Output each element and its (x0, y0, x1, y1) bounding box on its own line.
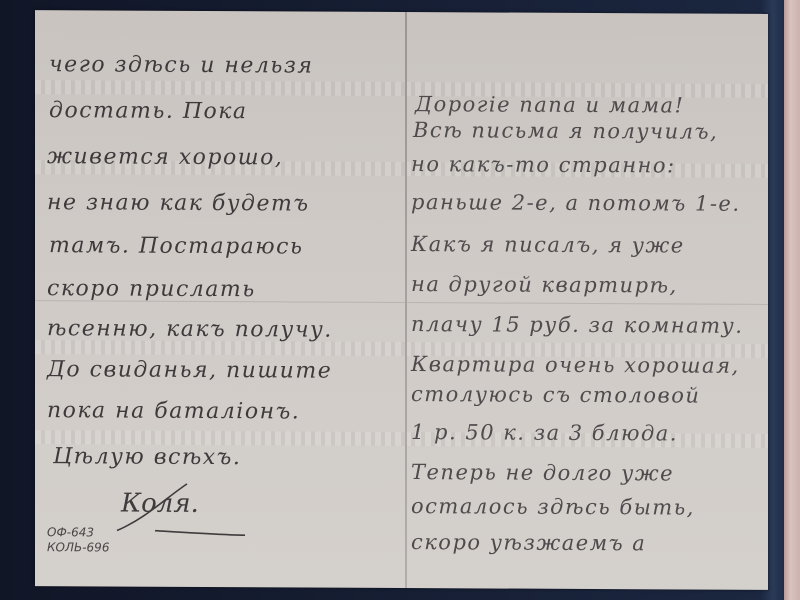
letter-sheet: чего здѣсь и нельзя достать. Пока живетс… (35, 10, 768, 590)
text-line: Цѣлую всѣхъ. (53, 444, 241, 470)
text-line: Какъ я писалъ, я уже (411, 232, 685, 257)
archive-mark: ОФ-643 (47, 525, 94, 539)
text-line: живется хорошо, (47, 144, 283, 170)
left-page: чего здѣсь и нельзя достать. Пока живетс… (35, 10, 405, 588)
text-line: До свиданья, пишите (47, 357, 332, 383)
signature: Коля. (121, 489, 199, 519)
text-line: плачу 15 руб. за комнату. (411, 312, 743, 338)
text-line: пока на баталіонъ. (47, 398, 300, 424)
text-line: скоро прислать (47, 276, 256, 302)
text-line: раньше 2-е, а потомъ 1-е. (411, 190, 741, 216)
text-line: Дорогіе папа и мама! (415, 92, 685, 117)
text-line: 1 р. 50 к. за 3 блюда. (411, 420, 678, 445)
archive-mark: КОЛЬ-696 (47, 540, 109, 554)
text-line: ѣсенню, какъ получу. (47, 316, 333, 342)
wooden-surface-strip (784, 0, 800, 600)
text-line: столуюсь съ столовой (411, 382, 700, 408)
text-line: осталось здѣсь быть, (411, 494, 695, 519)
text-line: Теперь не долго уже (411, 460, 674, 485)
text-line: Всѣ письма я получилъ, (413, 118, 718, 144)
text-line: Квартира очень хорошая, (411, 352, 740, 378)
text-line: тамъ. Постараюсь (49, 233, 303, 259)
text-line: чего здѣсь и нельзя (49, 52, 313, 78)
text-line: на другой квартирѣ, (411, 272, 678, 297)
text-line: достать. Пока (49, 98, 248, 124)
right-page: Дорогіе папа и мама! Всѣ письма я получи… (407, 12, 768, 590)
text-line: скоро уѣзжаемъ а (411, 530, 646, 555)
text-line: но какъ-то странно: (411, 152, 676, 177)
text-line: не знаю как будетъ (47, 190, 310, 216)
